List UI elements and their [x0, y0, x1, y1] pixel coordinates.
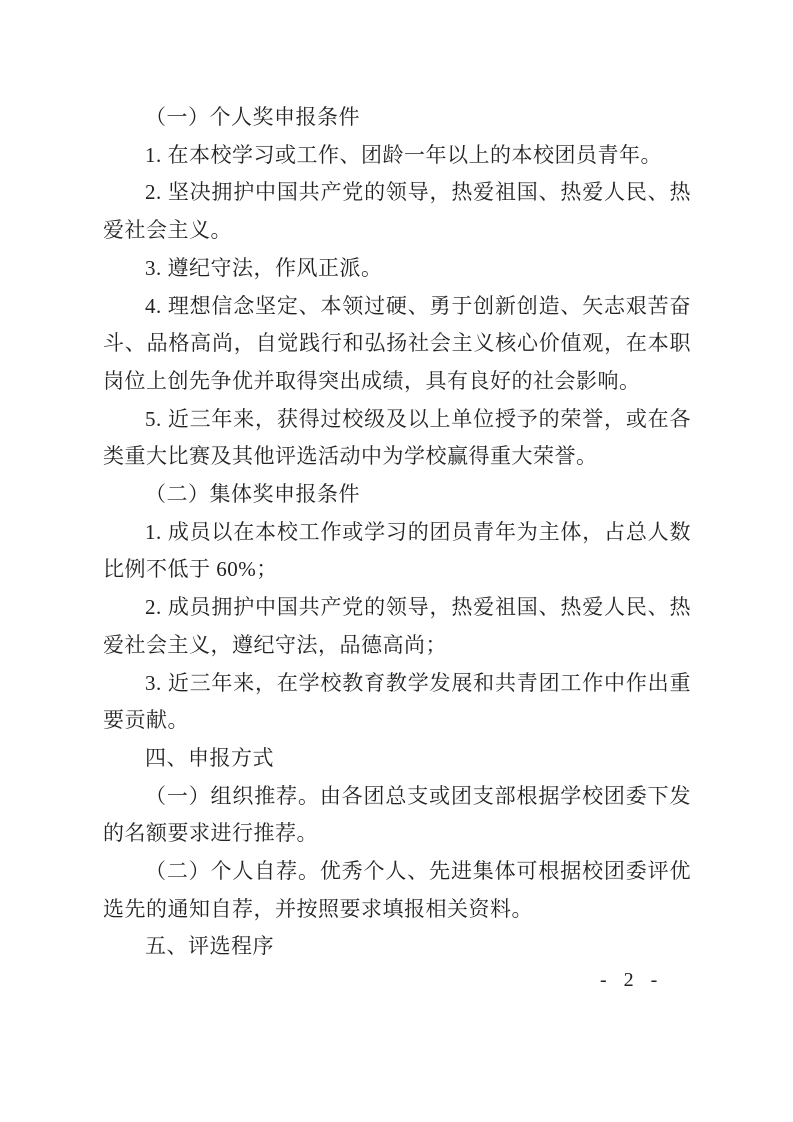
- section-heading-application-method: 四、申报方式: [103, 740, 691, 778]
- individual-award-item-4: 4. 理想信念坚定、本领过硬、勇于创新创造、矢志艰苦奋斗、品格高尚，自觉践行和弘…: [103, 288, 691, 401]
- section-heading-selection-procedure: 五、评选程序: [103, 928, 691, 966]
- individual-award-item-1: 1. 在本校学习或工作、团龄一年以上的本校团员青年。: [103, 137, 691, 175]
- subsection-heading-individual-award-conditions: （一）个人奖申报条件: [103, 99, 691, 137]
- application-method-item-2: （二）个人自荐。优秀个人、先进集体可根据校团委评优选先的通知自荐，并按照要求填报…: [103, 853, 691, 928]
- individual-award-item-5: 5. 近三年来，获得过校级及以上单位授予的荣誉，或在各类重大比赛及其他评选活动中…: [103, 401, 691, 476]
- page-number: - 2 -: [600, 969, 663, 992]
- subsection-heading-collective-award-conditions: （二）集体奖申报条件: [103, 476, 691, 514]
- collective-award-item-3: 3. 近三年来，在学校教育教学发展和共青团工作中作出重要贡献。: [103, 665, 691, 740]
- document-page: （一）个人奖申报条件 1. 在本校学习或工作、团龄一年以上的本校团员青年。 2.…: [0, 0, 793, 1122]
- collective-award-item-2: 2. 成员拥护中国共产党的领导，热爱祖国、热爱人民、热爱社会主义，遵纪守法，品德…: [103, 589, 691, 664]
- application-method-item-1: （一）组织推荐。由各团总支或团支部根据学校团委下发的名额要求进行推荐。: [103, 778, 691, 853]
- individual-award-item-3: 3. 遵纪守法，作风正派。: [103, 250, 691, 288]
- individual-award-item-2: 2. 坚决拥护中国共产党的领导，热爱祖国、热爱人民、热爱社会主义。: [103, 174, 691, 249]
- document-body: （一）个人奖申报条件 1. 在本校学习或工作、团龄一年以上的本校团员青年。 2.…: [103, 99, 691, 966]
- collective-award-item-1: 1. 成员以在本校工作或学习的团员青年为主体，占总人数比例不低于 60%；: [103, 514, 691, 589]
